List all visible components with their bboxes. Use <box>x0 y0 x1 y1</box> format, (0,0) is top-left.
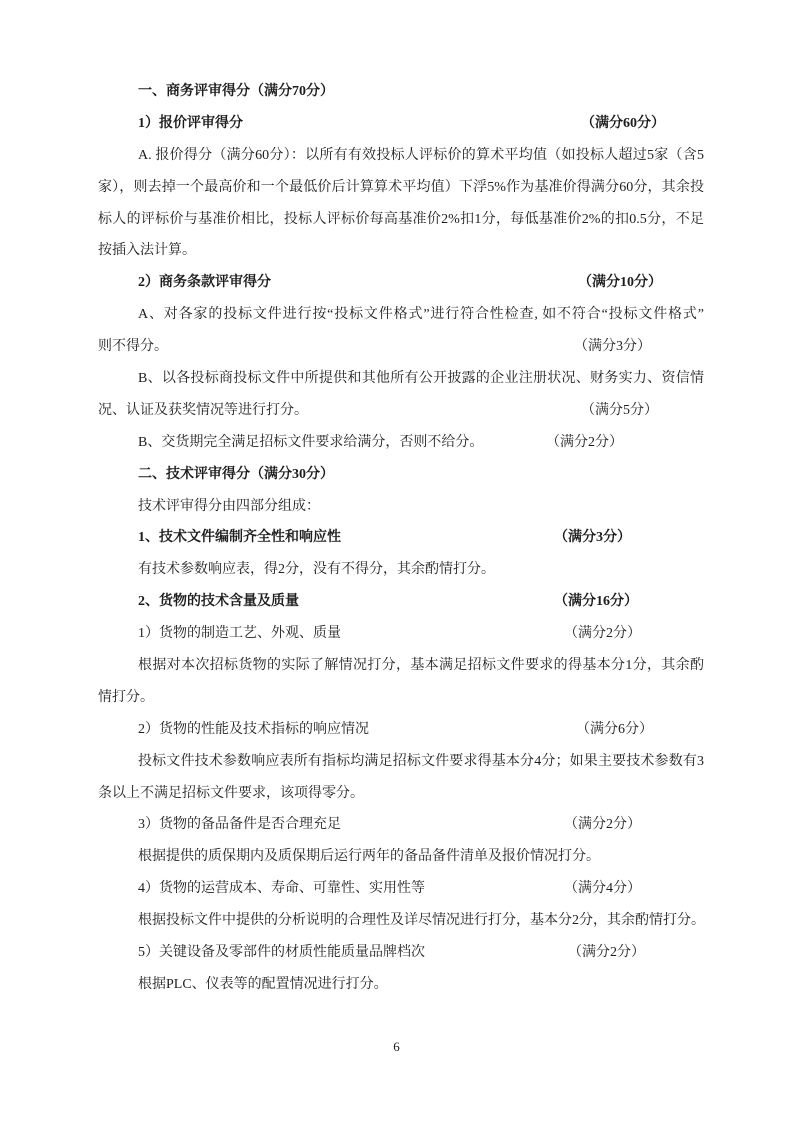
heading-text: 一、商务评审得分（满分70分） <box>138 84 334 99</box>
score-label: （满分6分） <box>576 714 653 746</box>
para-price-scoring-line-3: 标人的评标价与基准价相比，投标人评标价每高基准价2%扣1分，每低基准价2%的扣0… <box>98 204 704 236</box>
score-label: （满分10分） <box>578 267 662 299</box>
paragraph-text: 根据提供的质保期内及质保期后运行两年的备品备件清单及报价情况打分。 <box>138 849 600 864</box>
score-label: （满分3分） <box>574 331 651 363</box>
score-label: （满分2分） <box>564 618 641 650</box>
para-company-status-line-1: B、以各投标商投标文件中所提供和其他所有公开披露的企业注册状况、财务实力、资信情 <box>98 363 704 395</box>
score-label: （满分16分） <box>554 586 638 618</box>
para-operating-cost-note: 根据投标文件中提供的分析说明的合理性及详尽情况进行打分，基本分2分，其余酌情打分… <box>98 905 704 937</box>
item-label: 2）商务条款评审得分 <box>138 275 271 290</box>
paragraph-text: 按插入法计算。 <box>98 243 196 258</box>
paragraph-text: 根据PLC、仪表等的配置情况进行打分。 <box>138 977 388 992</box>
item-goods-tech-quality: 2、货物的技术含量及质量（满分16分） <box>98 586 704 618</box>
score-label: （满分5分） <box>581 395 658 427</box>
heading-commercial-review: 一、商务评审得分（满分70分） <box>98 76 704 108</box>
para-price-scoring-line-1: A. 报价得分（满分60分）：以所有有效投标人评标价的算术平均值（如投标人超过5… <box>98 140 704 172</box>
item-performance-response: 2）货物的性能及技术指标的响应情况（满分6分） <box>98 714 704 746</box>
item-label: 2）货物的性能及技术指标的响应情况 <box>138 722 369 737</box>
para-manufacturing-note-line-2: 情打分。 <box>98 682 704 714</box>
paragraph-text: 情打分。 <box>98 690 154 705</box>
item-label: 1、技术文件编制齐全性和响应性 <box>138 530 341 545</box>
score-label: （满分2分） <box>568 937 645 969</box>
score-label: （满分4分） <box>564 873 641 905</box>
item-label: 5）关键设备及零部件的材质性能质量品牌档次 <box>138 945 425 960</box>
paragraph-text: 则不得分。 <box>98 339 168 354</box>
item-label: 4）货物的运营成本、寿命、可靠性、实用性等 <box>138 881 425 896</box>
paragraph-text: 家），则去掉一个最高价和一个最低价后计算算术平均值）下浮5%作为基准价得满分60… <box>98 180 704 195</box>
paragraph-text: 根据对本次招标货物的实际了解情况打分，基本满足招标文件要求的得基本分1分，其余酌 <box>138 658 704 673</box>
item-operating-cost: 4）货物的运营成本、寿命、可靠性、实用性等（满分4分） <box>98 873 704 905</box>
paragraph-text: A、对各家的投标文件进行按“投标文件格式”进行符合性检查, 如不符合“投标文件格… <box>138 307 704 322</box>
item-tech-doc-completeness: 1、技术文件编制齐全性和响应性（满分3分） <box>98 522 704 554</box>
item-label: 1）报价评审得分 <box>138 116 243 131</box>
score-label: （满分3分） <box>554 522 631 554</box>
item-spare-parts: 3）货物的备品备件是否合理充足（满分2分） <box>98 809 704 841</box>
para-key-equipment-note: 根据PLC、仪表等的配置情况进行打分。 <box>98 969 704 1001</box>
paragraph-text: 条以上不满足招标文件要求，该项得零分。 <box>98 786 364 801</box>
paragraph-text: 技术评审得分由四部分组成： <box>138 499 320 514</box>
item-label: 2、货物的技术含量及质量 <box>138 594 299 609</box>
paragraph-text: B、交货期完全满足招标文件要求给满分，否则不给分。 <box>138 435 483 450</box>
item-commercial-terms: 2）商务条款评审得分（满分10分） <box>98 267 704 299</box>
para-spare-parts-note: 根据提供的质保期内及质保期后运行两年的备品备件清单及报价情况打分。 <box>98 841 704 873</box>
para-performance-note-line-2: 条以上不满足招标文件要求，该项得零分。 <box>98 778 704 810</box>
paragraph-text: 有技术参数响应表，得2分，没有不得分，其余酌情打分。 <box>138 562 495 577</box>
item-manufacturing-quality: 1）货物的制造工艺、外观、质量（满分2分） <box>98 618 704 650</box>
para-price-scoring-line-2: 家），则去掉一个最高价和一个最低价后计算算术平均值）下浮5%作为基准价得满分60… <box>98 172 704 204</box>
paragraph-text: 根据投标文件中提供的分析说明的合理性及详尽情况进行打分，基本分2分，其余酌情打分… <box>138 913 705 928</box>
para-technical-intro: 技术评审得分由四部分组成： <box>98 491 704 523</box>
para-price-scoring-line-4: 按插入法计算。 <box>98 235 704 267</box>
para-format-check-line-1: A、对各家的投标文件进行按“投标文件格式”进行符合性检查, 如不符合“投标文件格… <box>98 299 704 331</box>
heading-technical-review: 二、技术评审得分（满分30分） <box>98 459 704 491</box>
item-delivery-period: B、交货期完全满足招标文件要求给满分，否则不给分。（满分2分） <box>98 427 704 459</box>
item-label: 3）货物的备品备件是否合理充足 <box>138 817 341 832</box>
page-number: 6 <box>0 1031 793 1063</box>
paragraph-text: B、以各投标商投标文件中所提供和其他所有公开披露的企业注册状况、财务实力、资信情 <box>138 371 704 386</box>
para-company-status-line-2: 况、认证及获奖情况等进行打分。（满分5分） <box>98 395 704 427</box>
item-key-equipment: 5）关键设备及零部件的材质性能质量品牌档次（满分2分） <box>98 937 704 969</box>
paragraph-text: A. 报价得分（满分60分）：以所有有效投标人评标价的算术平均值（如投标人超过5… <box>138 148 704 163</box>
item-label: 1）货物的制造工艺、外观、质量 <box>138 626 341 641</box>
para-tech-doc-note: 有技术参数响应表，得2分，没有不得分，其余酌情打分。 <box>98 554 704 586</box>
item-price-review: 1）报价评审得分（满分60分） <box>98 108 704 140</box>
paragraph-text: 标人的评标价与基准价相比，投标人评标价每高基准价2%扣1分，每低基准价2%的扣0… <box>98 212 704 236</box>
score-label: （满分2分） <box>564 809 641 841</box>
para-format-check-line-2: 则不得分。（满分3分） <box>98 331 704 363</box>
score-label: （满分2分） <box>546 427 623 459</box>
paragraph-text: 况、认证及获奖情况等进行打分。 <box>98 403 308 418</box>
paragraph-text: 投标文件技术参数响应表所有指标均满足招标文件要求得基本分4分；如果主要技术参数有… <box>138 754 704 769</box>
para-manufacturing-note-line-1: 根据对本次招标货物的实际了解情况打分，基本满足招标文件要求的得基本分1分，其余酌 <box>98 650 704 682</box>
para-performance-note-line-1: 投标文件技术参数响应表所有指标均满足招标文件要求得基本分4分；如果主要技术参数有… <box>98 746 704 778</box>
document-page: 一、商务评审得分（满分70分） 1）报价评审得分（满分60分） A. 报价得分（… <box>98 76 704 1001</box>
heading-text: 二、技术评审得分（满分30分） <box>138 467 334 482</box>
score-label: （满分60分） <box>581 108 665 140</box>
